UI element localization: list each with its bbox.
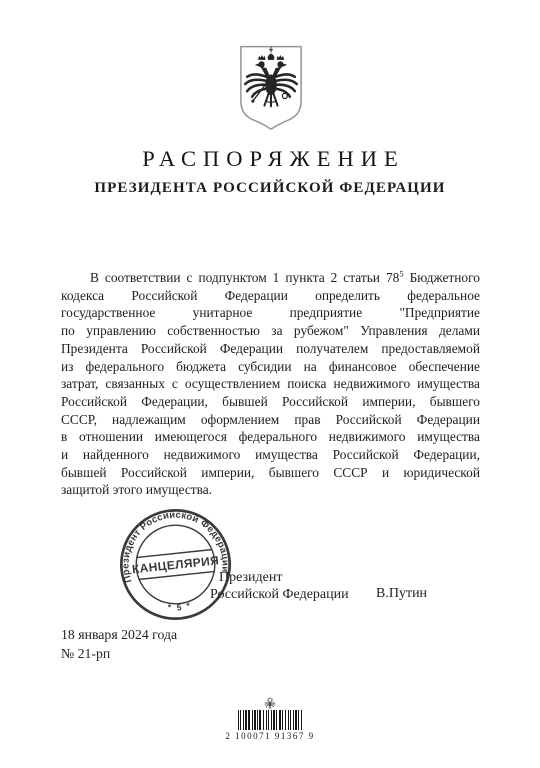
body-line: кодекса Российской Федерации определить … bbox=[61, 287, 480, 305]
body-line: государственное унитарное предприятие "П… bbox=[61, 304, 480, 322]
document-date: 18 января 2024 года bbox=[61, 626, 177, 645]
body-line: затрат, связанных с осуществлением поиск… bbox=[61, 375, 480, 393]
document-subtitle: ПРЕЗИДЕНТА РОССИЙСКОЙ ФЕДЕРАЦИИ bbox=[0, 180, 540, 197]
mini-eagle-icon bbox=[260, 696, 280, 709]
body-line: в отношении имеющегося федерального недв… bbox=[61, 428, 480, 446]
russian-coat-of-arms-icon bbox=[236, 43, 306, 130]
stamp-bottom-text: * 5 * bbox=[166, 599, 194, 613]
date-number-block: 18 января 2024 года № 21-рп bbox=[61, 626, 177, 663]
signature-post-line: Президент bbox=[219, 570, 349, 587]
body-line: по управлению собственностью за рубежом"… bbox=[61, 322, 480, 340]
body-line: В соответствии с подпунктом 1 пункта 2 с… bbox=[61, 269, 480, 287]
body-line: и найденного недвижимого имущества Росси… bbox=[61, 446, 480, 464]
decree-body-paragraph: В соответствии с подпунктом 1 пункта 2 с… bbox=[61, 269, 480, 499]
body-line: из федерального бюджета субсидии на фина… bbox=[61, 358, 480, 376]
registration-barcode: 2 100071 91367 9 bbox=[0, 696, 540, 741]
body-line: Российской Федерации, бывшей Российской … bbox=[61, 393, 480, 411]
signature-name: В.Путин bbox=[376, 586, 427, 602]
barcode-digits: 2 100071 91367 9 bbox=[225, 731, 314, 741]
body-line-text: В соответствии с подпунктом 1 пункта 2 с… bbox=[90, 270, 399, 285]
body-line: Президента Российской Федерации получате… bbox=[61, 340, 480, 358]
body-line-text: Бюджетного bbox=[404, 270, 480, 285]
barcode-bars bbox=[238, 710, 302, 730]
svg-text:* 5 *: * 5 * bbox=[166, 599, 194, 613]
body-line: защитой этого имущества. bbox=[61, 481, 480, 499]
body-line: бывшей Российской империи, бывшего СССР … bbox=[61, 464, 480, 482]
document-title: РАСПОРЯЖЕНИЕ bbox=[0, 146, 540, 172]
body-line: СССР, надлежащим оформлением прав Россий… bbox=[61, 411, 480, 429]
decree-document-page: РАСПОРЯЖЕНИЕ ПРЕЗИДЕНТА РОССИЙСКОЙ ФЕДЕР… bbox=[0, 0, 540, 768]
document-number: № 21-рп bbox=[61, 645, 177, 664]
chancellery-stamp: Президент Российской Федерации * 5 * КАН… bbox=[112, 501, 238, 627]
